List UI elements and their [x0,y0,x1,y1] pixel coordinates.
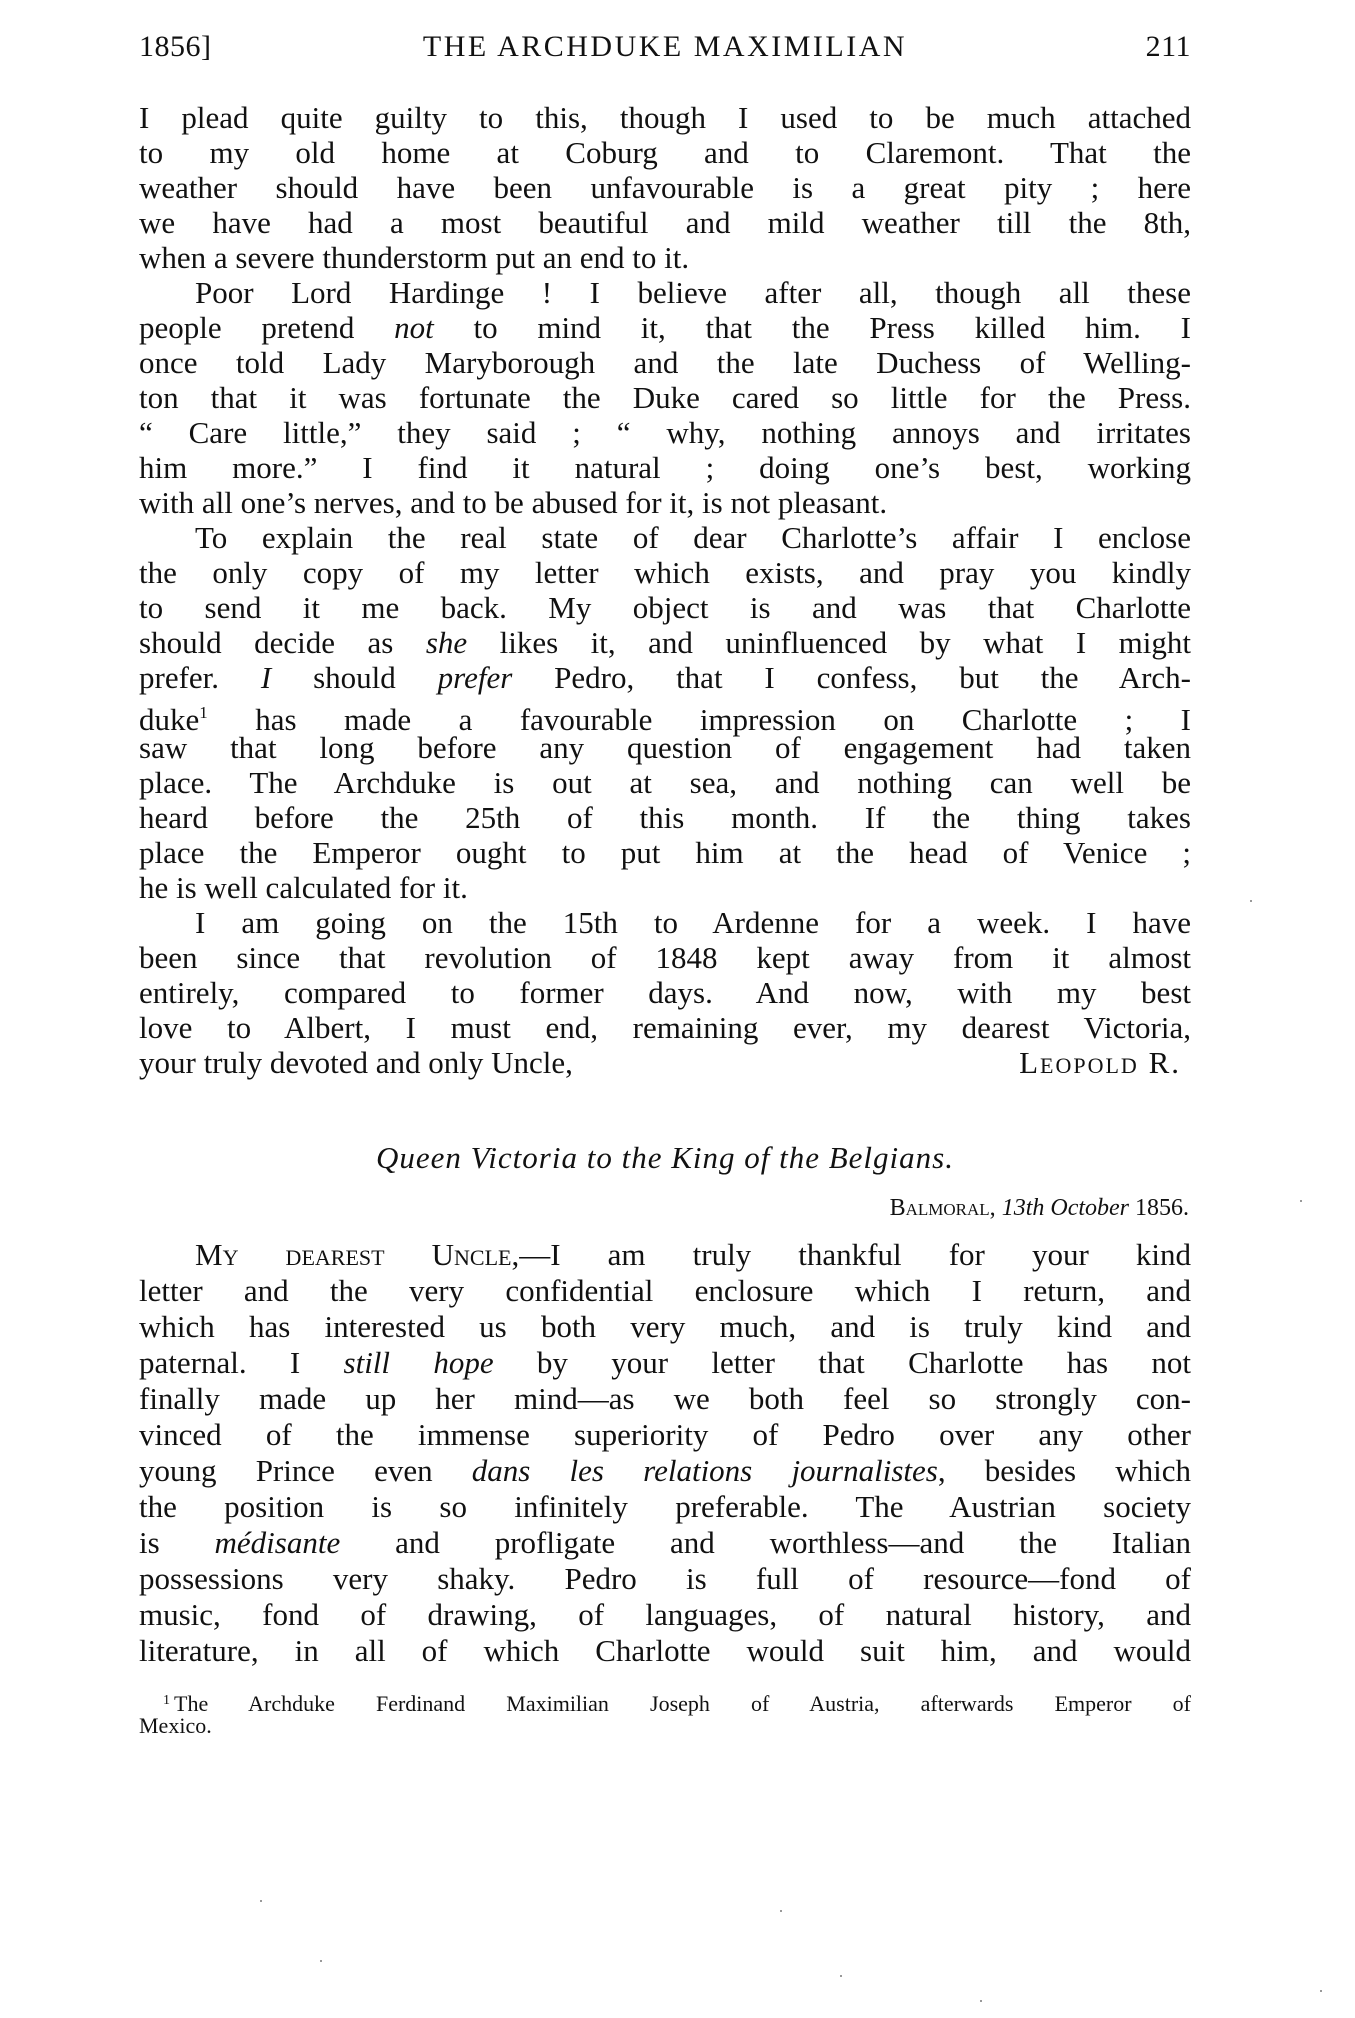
text-line: prefer. I should prefer Pedro, that I co… [139,660,1191,696]
emphasis-still-hope: still hope [344,1345,494,1380]
text-line: I plead quite guilty to this, though I u… [139,100,1191,136]
emphasis-i: I [261,660,271,695]
text-span: by your letter that Charlotte has not [494,1345,1191,1380]
text-line: young Prince even dans les relations jou… [139,1453,1191,1489]
running-head: 1856] THE ARCHDUKE MAXIMILIAN 211 [139,30,1191,70]
text-line: the only copy of my letter which exists,… [139,555,1191,591]
dateline: Balmoral, 13th October 1856. [890,1195,1189,1222]
text-span: paternal. I [139,1345,344,1380]
emphasis-not: not [394,310,434,345]
text-line: ton that it was fortunate the Duke cared… [139,380,1191,416]
footnote-reference[interactable]: 1 [199,703,208,722]
text-line: vinced of the immense superiority of Ped… [139,1417,1191,1453]
speckle [320,1960,322,1962]
text-line: heard before the 25th of this month. If … [139,800,1191,836]
speckle [1250,900,1252,902]
text-line: My dearest Uncle,—I am truly thankful fo… [139,1237,1191,1273]
text-line: is médisante and profligate and worthles… [139,1525,1191,1561]
emphasis-dans-les-relations: dans les relations journalistes [472,1453,938,1488]
emphasis-she: she [426,625,467,660]
text-line: place the Emperor ought to put him at th… [139,835,1191,871]
text-line: possessions very shaky. Pedro is full of… [139,1561,1191,1597]
text-span: to mind it, that the Press killed him. I [434,310,1191,345]
text-line: paternal. I still hope by your letter th… [139,1345,1191,1381]
text-line: To explain the real state of dear Charlo… [139,520,1191,556]
emphasis-prefer: prefer [438,660,513,695]
text-span: young Prince even [139,1453,472,1488]
speckle [1320,1990,1322,1992]
dateline-year: 1856. [1135,1195,1189,1221]
footnote-line: Mexico. [139,1715,1191,1737]
text-line: letter and the very confidential enclosu… [139,1273,1191,1309]
text-span: people pretend [139,310,394,345]
text-line: music, fond of drawing, of languages, of… [139,1597,1191,1633]
salutation: My dearest Uncle, [195,1237,519,1272]
speckle [840,1975,842,1977]
text-span: should decide as [139,625,426,660]
text-line: finally made up her mind—as we both feel… [139,1381,1191,1417]
text-span: Pedro, that I confess, but the Arch- [512,660,1191,695]
speckle [980,2000,982,2002]
text-line: should decide as she likes it, and uninf… [139,625,1191,661]
footnote-number: 1 [139,1693,174,1708]
footnote: 1The Archduke Ferdinand Maximilian Josep… [139,1690,1191,1737]
signature: Leopold R. [1019,1045,1181,1081]
speckle [780,1910,782,1912]
text-line: place. The Archduke is out at sea, and n… [139,765,1191,801]
speckle [260,1900,262,1902]
text-line: literature, in all of which Charlotte wo… [139,1633,1191,1669]
text-span: likes it, and uninfluenced by what I mig… [467,625,1191,660]
speckle [1300,1200,1302,1202]
text-span: and profligate and worthless—and the Ita… [340,1525,1191,1560]
letter-heading: Queen Victoria to the King of the Belgia… [139,1140,1191,1176]
footnote-line: 1The Archduke Ferdinand Maximilian Josep… [139,1690,1191,1715]
dateline-date: 13th October [1002,1195,1129,1221]
text-line: to my old home at Coburg and to Claremon… [139,135,1191,171]
text-span: your truly devoted and only Uncle, [139,1045,573,1080]
text-line: your truly devoted and only Uncle, Leopo… [139,1045,1191,1081]
text-span: should [271,660,437,695]
text-line: to send it me back. My object is and was… [139,590,1191,626]
text-line: entirely, compared to former days. And n… [139,975,1191,1011]
text-span: , besides which [938,1453,1191,1488]
text-span: prefer. [139,660,261,695]
text-span: is [139,1525,215,1560]
text-line: weather should have been unfavourable is… [139,170,1191,206]
text-line: been since that revolution of 1848 kept … [139,940,1191,976]
text-line: when a severe thunderstorm put an end to… [139,240,1191,276]
text-line: he is well calculated for it. [139,870,1191,906]
text-line: the position is so infinitely preferable… [139,1489,1191,1525]
text-line: with all one’s nerves, and to be abused … [139,485,1191,521]
text-line: people pretend not to mind it, that the … [139,310,1191,346]
text-span: —I am truly thankful for your kind [519,1237,1191,1272]
text-line: “ Care little,” they said ; “ why, nothi… [139,415,1191,451]
text-line: duke1 has made a favourable impression o… [139,695,1191,731]
text-line: we have had a most beautiful and mild we… [139,205,1191,241]
running-head-title: THE ARCHDUKE MAXIMILIAN [139,30,1191,64]
text-line: which has interested us both very much, … [139,1309,1191,1345]
text-line: once told Lady Maryborough and the late … [139,345,1191,381]
text-line: him more.” I find it natural ; doing one… [139,450,1191,486]
text-line: love to Albert, I must end, remaining ev… [139,1010,1191,1046]
text-line: Poor Lord Hardinge ! I believe after all… [139,275,1191,311]
text-line: I am going on the 15th to Ardenne for a … [139,905,1191,941]
text-line: saw that long before any question of eng… [139,730,1191,766]
emphasis-medisante: médisante [215,1525,341,1560]
page-number: 211 [1146,30,1191,64]
dateline-place: Balmoral, [890,1195,996,1221]
footnote-text: The Archduke Ferdinand Maximilian Joseph… [174,1691,1191,1716]
